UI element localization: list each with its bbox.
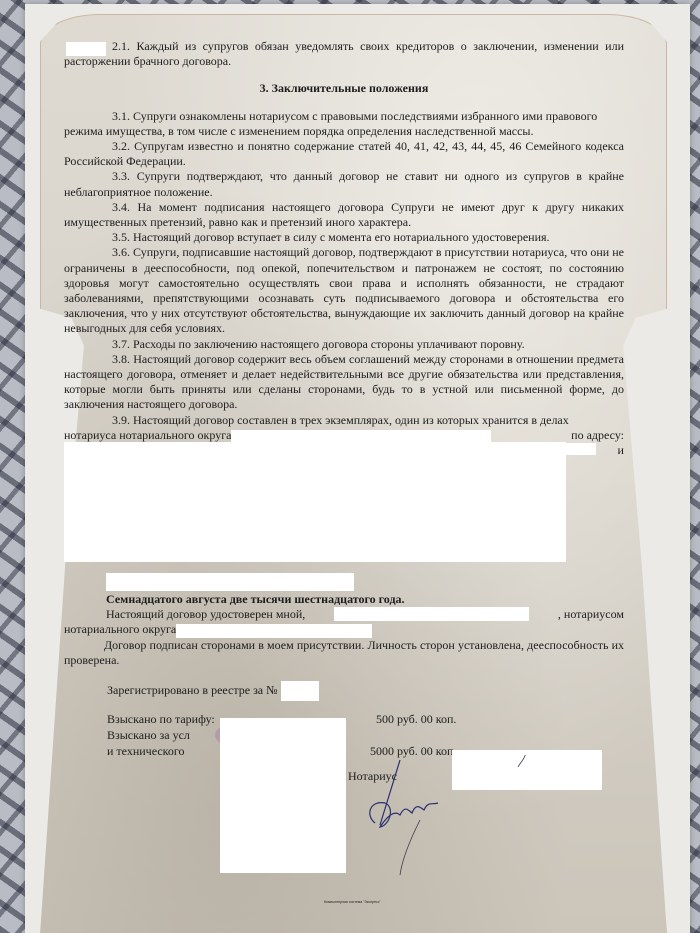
clause-3-5: 3.5. Настоящий договор вступает в силу с… xyxy=(64,230,624,245)
footer-system-name: Компьютерная система "Экспресс" xyxy=(324,900,381,904)
clause-3-4: 3.4. На момент подписания настоящего дог… xyxy=(64,200,624,230)
district-text: нотариального округа xyxy=(64,622,176,636)
registry-label: Зарегистрировано в реестре за № xyxy=(107,683,278,697)
redacted-signatures-block xyxy=(64,442,566,562)
notary-text: , нотариусом xyxy=(558,607,624,622)
redaction-block xyxy=(106,573,354,591)
redaction-block xyxy=(281,681,319,701)
clause-3-6: 3.6. Супруги, подписавшие настоящий дого… xyxy=(64,245,624,336)
clause-3-9-line2: нотариуса нотариального округа по адресу… xyxy=(64,428,624,443)
fee-tariff-label: Взыскано по тарифу: xyxy=(107,712,215,727)
redaction-block xyxy=(231,430,491,443)
address-label: по адресу: xyxy=(571,428,624,443)
section-3-title: 3. Заключительные положения xyxy=(64,81,624,96)
clause-3-3: 3.3. Супруги подтверждают, что данный до… xyxy=(64,169,624,199)
clause-3-7: 3.7. Расходы по заключению настоящего до… xyxy=(64,337,624,352)
fee-services-label-1: Взыскано за усл xyxy=(107,728,190,743)
clause-3-8: 3.8. Настоящий договор содержит весь объ… xyxy=(64,352,624,413)
certification-date: Семнадцатого августа две тысячи шестнадц… xyxy=(64,592,624,607)
registry-line: Зарегистрировано в реестре за № xyxy=(107,681,319,701)
clause-3-1: 3.1. Супруги ознакомлены нотариусом с пр… xyxy=(64,109,624,124)
fee-services-label-2: и технического xyxy=(107,744,185,759)
certified-text: Настоящий договор удостоверен мной, xyxy=(106,607,305,622)
clause-3-1-cont: режима имущества, в том числе с изменени… xyxy=(64,124,624,139)
clause-2-1: 2.1. Каждый из супругов обязан уведомлят… xyxy=(64,39,624,69)
conjunction: и xyxy=(618,443,624,458)
redacted-stamp-block xyxy=(220,718,346,873)
clause-3-2: 3.2. Супругам известно и понятно содержа… xyxy=(64,139,624,169)
fee-tariff-value: 500 руб. 00 коп. xyxy=(376,712,456,727)
document-body: 2.1. Каждый из супругов обязан уведомлят… xyxy=(64,36,624,474)
certified-line: Настоящий договор удостоверен мной, , но… xyxy=(64,607,624,622)
notary-signature xyxy=(360,755,540,885)
certification-block: Семнадцатого августа две тысячи шестнадц… xyxy=(64,592,624,668)
notary-district-label: нотариуса нотариального округа xyxy=(64,428,231,442)
district-line: нотариального округа xyxy=(64,622,624,637)
clause-3-9: 3.9. Настоящий договор составлен в трех … xyxy=(64,413,624,428)
signed-text: Договор подписан сторонами в моем присут… xyxy=(64,638,624,668)
redaction-block xyxy=(176,624,372,638)
redaction-block xyxy=(334,607,529,621)
